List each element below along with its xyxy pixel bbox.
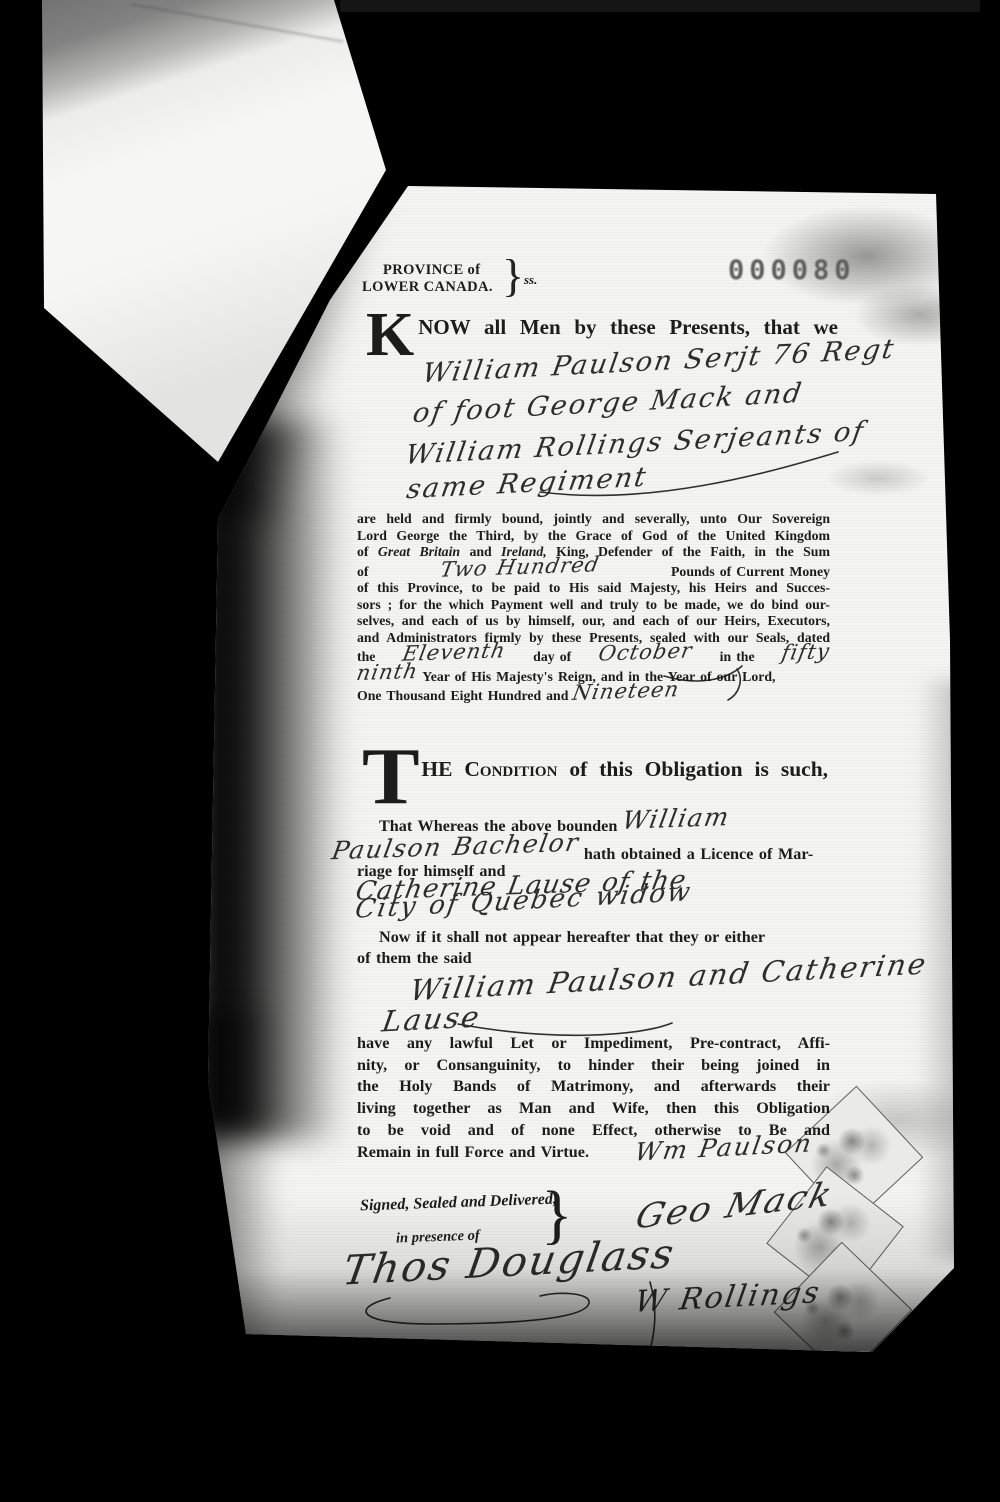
bond-line: selves, and each of us by himself, our, … [357, 613, 830, 630]
header-brace: } [502, 249, 524, 302]
dropcap-t: T [362, 746, 420, 808]
handwritten-couple-names: William Paulson and Catherine [413, 960, 925, 994]
signature-geo-mack: Geo Mack [640, 1186, 829, 1226]
bond-line: Lord George the Third, by the Grace of G… [357, 528, 830, 545]
province-line1: PROVINCE of [362, 262, 493, 279]
closing-line: living together as Man and Wife, then th… [357, 1098, 830, 1120]
handwritten-year: Nineteen [572, 682, 682, 702]
opening-line: NOW all Men by these Presents, that we [366, 308, 838, 340]
signature-wm-paulson: Wm Paulson [636, 1133, 812, 1162]
signature-w-rollings: W Rollings [636, 1280, 820, 1315]
condition-heading-text: HE Condition of this Obligation is such, [362, 746, 828, 782]
bond-line: are held and firmly bound, jointly and s… [357, 511, 830, 528]
handwritten-groom-surname: Paulson Bachelor [330, 832, 581, 862]
ss-abbreviation: ss. [524, 272, 537, 288]
bond-line-date: the Eleventh day of October in the fifty [357, 646, 830, 666]
condition-heading: T HE Condition of this Obligation is suc… [362, 746, 828, 808]
handwritten-reign-year-2: ninth [355, 663, 419, 682]
closing-line: the Holy Bands of Matrimony, and afterwa… [357, 1076, 830, 1098]
province-line2: LOWER CANADA. [362, 279, 493, 296]
bond-line: of this Province, to be paid to His said… [357, 580, 830, 597]
handwritten-party-line-2: of foot George Mack and [415, 388, 801, 419]
condition-line-4: City of Quebec widow [357, 891, 830, 914]
bond-line-year: One Thousand Eight Hundred and Nineteen [357, 685, 830, 705]
handwritten-month: October [597, 643, 694, 663]
scan-edge-artifact [340, 0, 980, 12]
bond-line: sors ; for the which Payment well and tr… [357, 597, 830, 614]
handwritten-sum: Two Hundred [439, 556, 601, 578]
handwritten-groom-first: William [621, 806, 732, 831]
handwritten-couple-surname: Lause [383, 1002, 480, 1036]
handwritten-party-line-4: same Regiment [408, 468, 646, 499]
bond-paragraph: are held and firmly bound, jointly and s… [357, 511, 830, 705]
handwritten-reign-year-1: fifty [781, 644, 832, 662]
condition-line-5: Now if it shall not appear hereafter tha… [357, 927, 830, 948]
jurisdiction-header: PROVINCE of LOWER CANADA. [362, 262, 493, 296]
handwritten-party-line-3: William Rollings Serjeants of [408, 428, 862, 459]
signature-witness-douglass: Thos Douglass [345, 1238, 673, 1286]
closing-line: nity, or Consanguinity, to hinder their … [357, 1055, 830, 1077]
closing-line: have any lawful Let or Impediment, Pre-c… [357, 1033, 830, 1055]
dropcap-k: K [366, 308, 414, 363]
handwritten-party-line-1: William Paulson Serjt 76 Regt [425, 346, 893, 377]
serial-number-stamp: 000080 [728, 255, 856, 286]
paper-crease [131, 3, 343, 42]
scanned-document: PROVINCE of LOWER CANADA. } ss. 000080 K… [0, 0, 1000, 1502]
douglass-underline-flourish [366, 1293, 589, 1324]
bond-line-sum: of Two Hundred Pounds of Current Money [357, 561, 830, 581]
